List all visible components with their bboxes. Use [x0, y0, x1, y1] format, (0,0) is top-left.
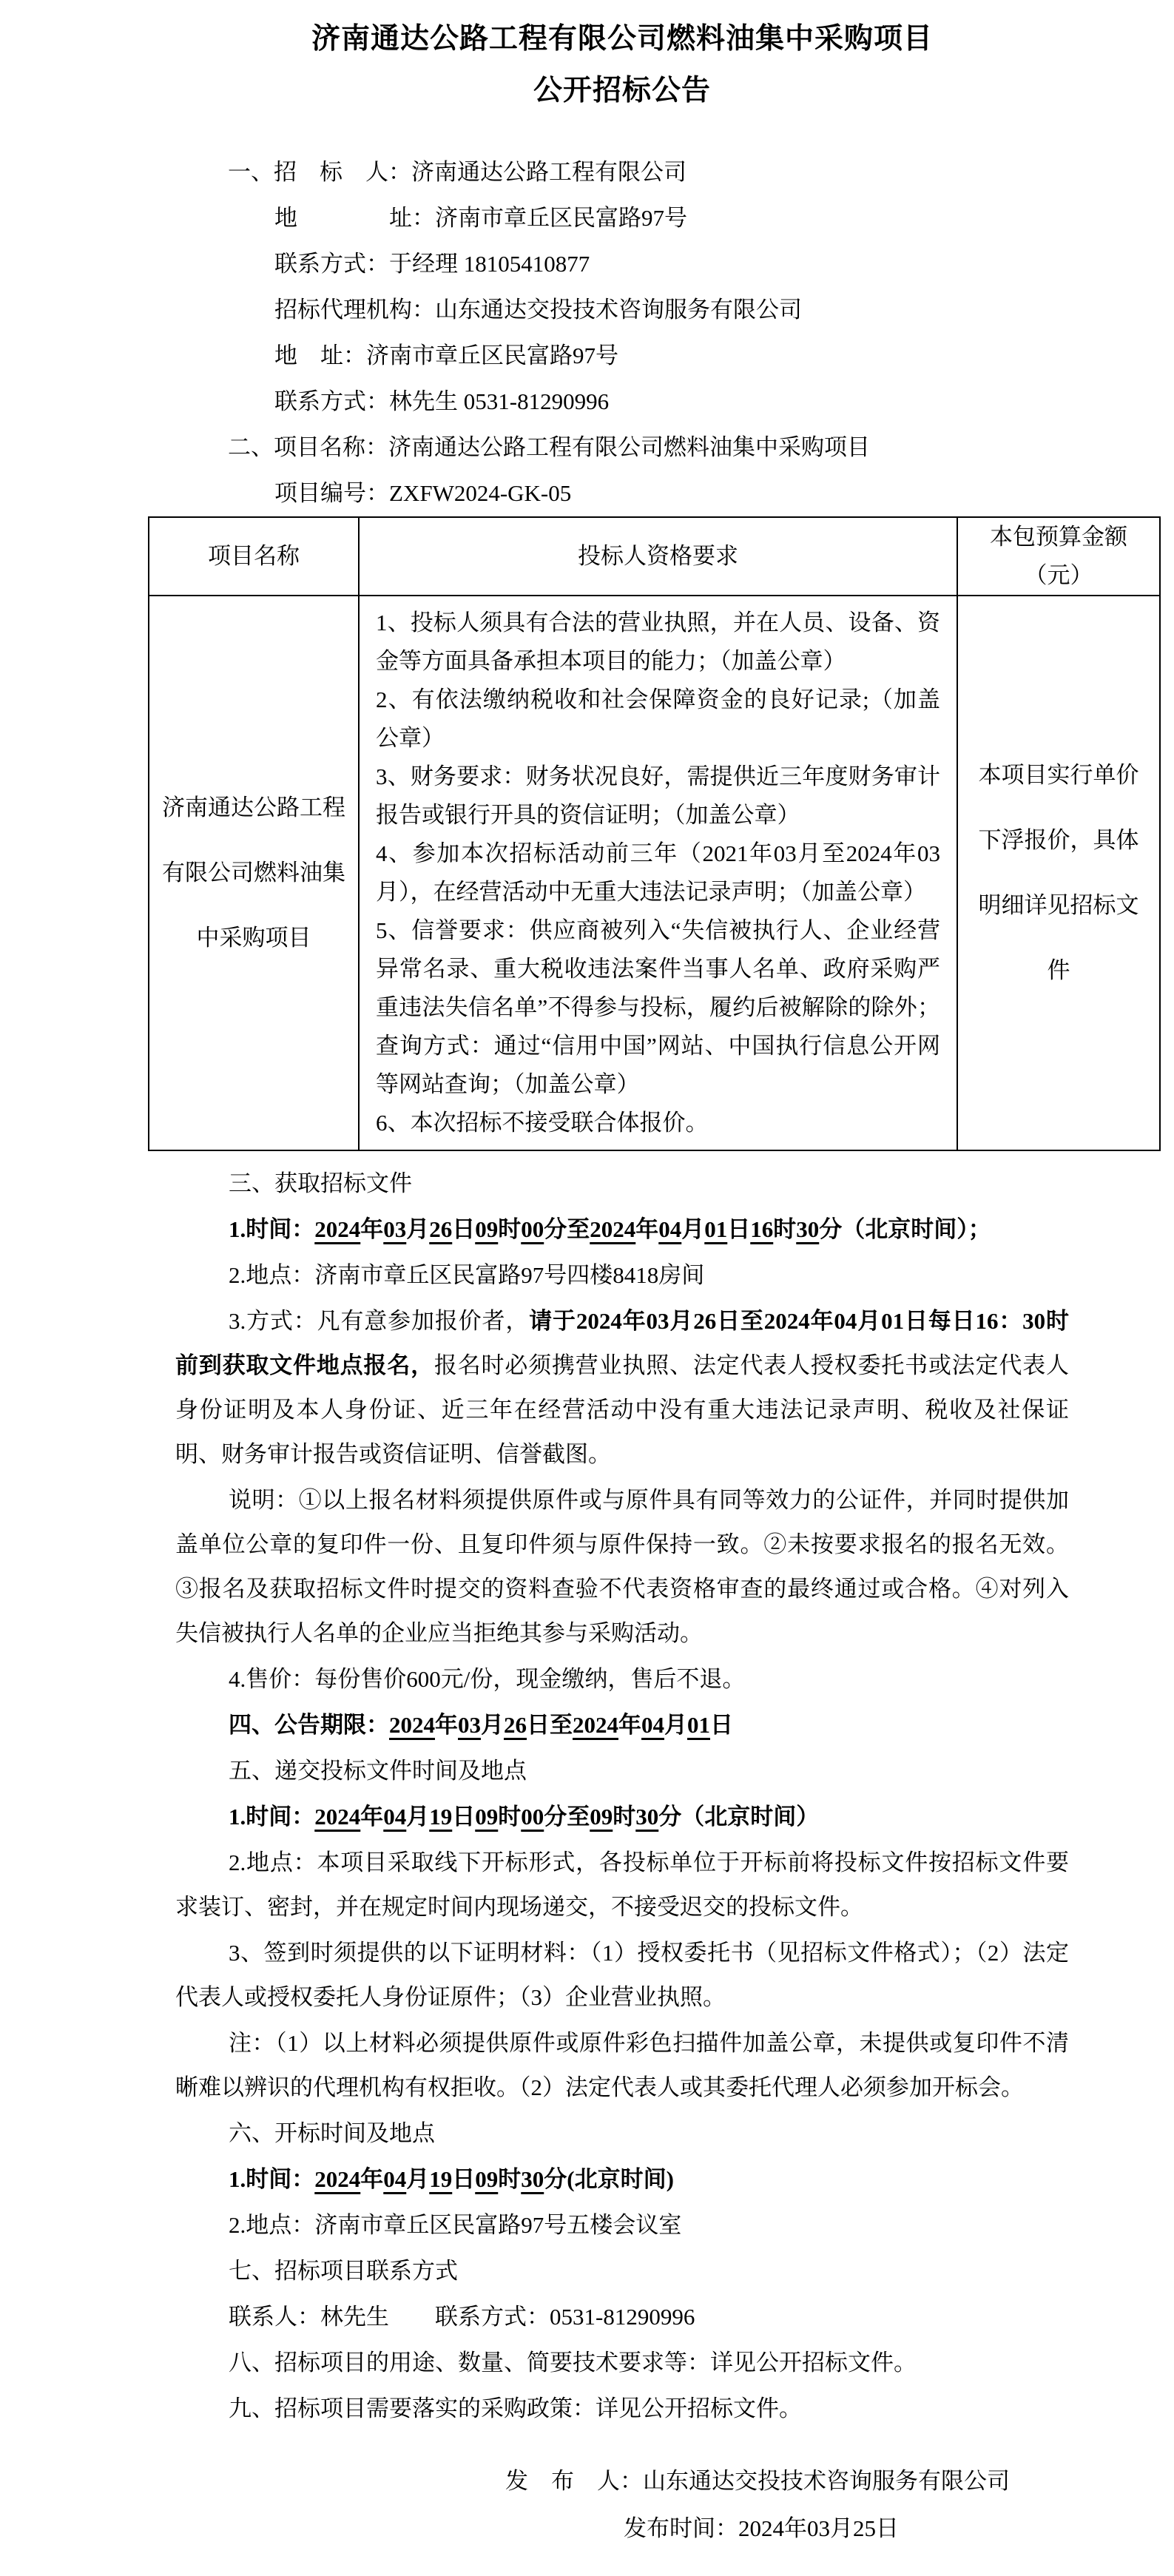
section-6-heading: 六、开标时间及地点	[175, 2111, 1069, 2156]
section-7-heading: 七、招标项目联系方式	[175, 2249, 1069, 2293]
table-header-row: 项目名称 投标人资格要求 本包预算金额（元）	[149, 517, 1160, 596]
requirement-item-6: 6、本次招标不接受联合体报价。	[376, 1104, 940, 1142]
section-8-usage-line: 八、招标项目的用途、数量、简要技术要求等：详见公开招标文件。	[175, 2341, 1069, 2385]
section-3-heading: 三、获取招标文件	[175, 1161, 1069, 1206]
qualification-table: 项目名称 投标人资格要求 本包预算金额（元） 济南通达公路工程有限公司燃料油集中…	[148, 516, 1161, 1151]
bid-opening-location: 2.地点：济南市章丘区民富路97号五楼会议室	[175, 2203, 1069, 2248]
requirement-item-4: 4、参加本次招标活动前三年（2021年03月至2024年03月），在经营活动中无…	[376, 834, 940, 911]
bid-submission-location: 2.地点：本项目采取线下开标形式，各投标单位于开标前将投标文件按招标文件要求装订…	[175, 1841, 1069, 1929]
publish-time-line: 发布时间：2024年03月25日	[175, 2505, 1069, 2552]
section-9-policy-line: 九、招标项目需要落实的采购政策：详见公开招标文件。	[175, 2387, 1069, 2431]
requirement-item-3: 3、财务要求：财务状况良好，需提供近三年度财务审计报告或银行开具的资信证明；（加…	[376, 758, 940, 834]
body-sections: 三、获取招标文件 1.时间：2024年03月26日09时00分至2024年04月…	[175, 1161, 1069, 2431]
doc-obtain-method: 3.方式：凡有意参加报价者，请于2024年03月26日至2024年04月01日每…	[175, 1299, 1069, 1477]
doc-obtain-time: 1.时间：2024年03月26日09时00分至2024年04月01日16时30分…	[175, 1207, 1069, 1252]
document-title-line1: 济南通达公路工程有限公司燃料油集中采购项目	[175, 16, 1069, 62]
doc-obtain-note: 说明：①以上报名材料须提供原件或与原件具有同等效力的公证件，并同时提供加盖单位公…	[175, 1478, 1069, 1656]
bidder-address: 地 址：济南市章丘区民富路97号	[175, 195, 1069, 241]
col-header-requirements: 投标人资格要求	[359, 517, 957, 596]
col-header-budget: 本包预算金额（元）	[957, 517, 1160, 596]
intro-section: 一、招 标 人：济南通达公路工程有限公司 地 址：济南市章丘区民富路97号 联系…	[175, 149, 1069, 516]
section-4-announcement-period: 四、公告期限：2024年03月26日至2024年04月01日	[175, 1703, 1069, 1747]
cell-requirements: 1、投标人须具有合法的营业执照，并在人员、设备、资金等方面具备承担本项目的能力；…	[359, 596, 957, 1150]
section-5-heading: 五、递交投标文件时间及地点	[175, 1749, 1069, 1793]
bid-opening-time: 1.时间：2024年04月19日09时30分(北京时间)	[175, 2157, 1069, 2202]
bid-submission-time: 1.时间：2024年04月19日09时00分至09时30分（北京时间）	[175, 1795, 1069, 1839]
cell-budget: 本项目实行单价下浮报价，具体明细详见招标文件	[957, 596, 1160, 1150]
agency-line: 招标代理机构：山东通达交投技术咨询服务有限公司	[175, 287, 1069, 333]
requirement-item-1: 1、投标人须具有合法的营业执照，并在人员、设备、资金等方面具备承担本项目的能力；…	[376, 604, 940, 681]
project-number-line: 项目编号：ZXFW2024-GK-05	[175, 471, 1069, 516]
publisher-line: 发 布 人：山东通达交投技术咨询服务有限公司	[175, 2458, 1069, 2505]
bidder-contact: 联系方式：于经理 18105410877	[175, 241, 1069, 287]
signin-materials: 3、签到时须提供的以下证明材料：（1）授权委托书（见招标文件格式）；（2）法定代…	[175, 1931, 1069, 2020]
agency-address: 地 址：济南市章丘区民富路97号	[175, 333, 1069, 379]
cell-project-name: 济南通达公路工程有限公司燃料油集中采购项目	[149, 596, 359, 1150]
requirement-item-5: 5、信誉要求：供应商被列入“失信被执行人、企业经营异常名录、重大税收违法案件当事…	[376, 911, 940, 1104]
tender-announcement-document: 济南通达公路工程有限公司燃料油集中采购项目 公开招标公告 一、招 标 人：济南通…	[0, 0, 1174, 2576]
col-header-project-name: 项目名称	[149, 517, 359, 596]
project-contact-line: 联系人：林先生 联系方式：0531-81290996	[175, 2295, 1069, 2339]
project-name-line: 二、项目名称：济南通达公路工程有限公司燃料油集中采购项目	[175, 425, 1069, 471]
agency-contact: 联系方式：林先生 0531-81290996	[175, 379, 1069, 425]
doc-price: 4.售价：每份售价600元/份，现金缴纳，售后不退。	[175, 1657, 1069, 1702]
signin-note: 注：（1）以上材料必须提供原件或原件彩色扫描件加盖公章，未提供或复印件不清晰难以…	[175, 2021, 1069, 2110]
document-title-line2: 公开招标公告	[175, 68, 1069, 114]
bidder-line: 一、招 标 人：济南通达公路工程有限公司	[175, 149, 1069, 195]
table-row: 济南通达公路工程有限公司燃料油集中采购项目 1、投标人须具有合法的营业执照，并在…	[149, 596, 1160, 1150]
doc-obtain-location: 2.地点：济南市章丘区民富路97号四楼8418房间	[175, 1253, 1069, 1298]
footer-section: 发 布 人：山东通达交投技术咨询服务有限公司 发布时间：2024年03月25日	[175, 2458, 1069, 2552]
requirement-item-2: 2、有依法缴纳税收和社会保障资金的良好记录;（加盖公章）	[376, 681, 940, 758]
